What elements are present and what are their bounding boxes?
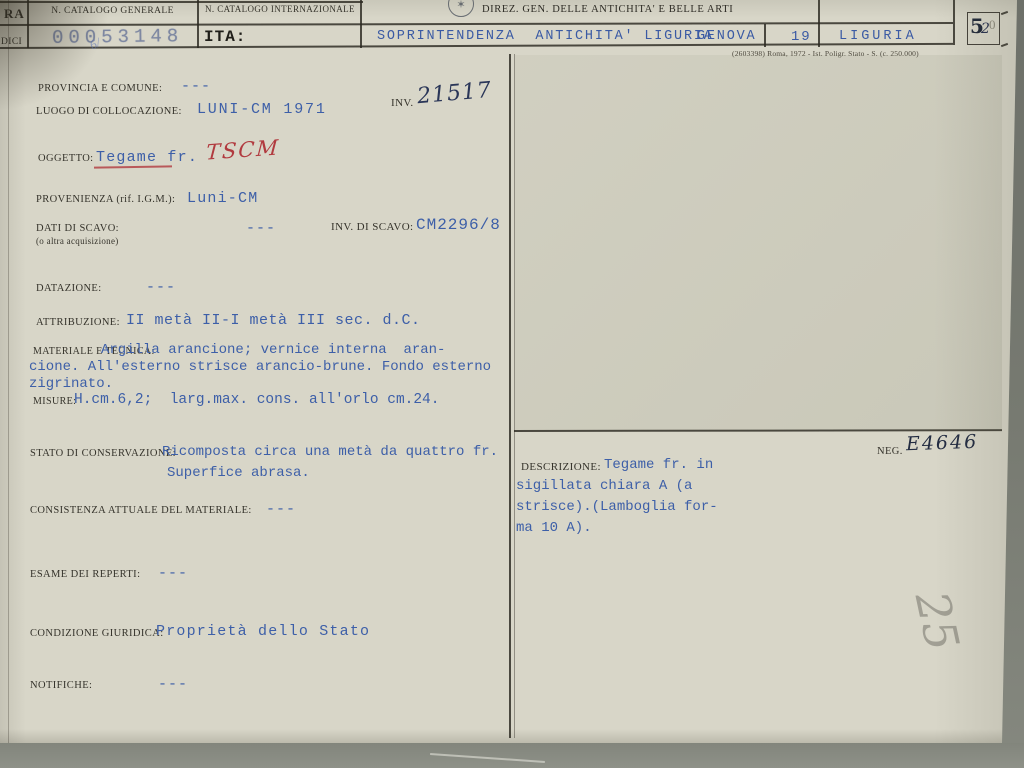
provenienza-value: Luni-CM (187, 190, 258, 207)
soprintendenza-stamp: SOPRINTENDENZA ANTICHITA' LIGURIA (377, 29, 714, 44)
misure-label: MISURE: (33, 396, 76, 407)
datazione-label: DATAZIONE: (36, 283, 102, 294)
neg-label: NEG. (877, 446, 903, 457)
table-line-v3 (360, 0, 362, 48)
red-underline (94, 165, 172, 168)
notifiche-value: --- (158, 676, 188, 693)
table-line-v5 (818, 0, 820, 47)
stato-line1: Ricomposta circa una metà da quattro fr. (162, 444, 498, 460)
scanned-catalog-card: RA DICI N. CATALOGO GENERALE 00053148 6/… (0, 0, 1024, 768)
photo-area (515, 55, 1002, 430)
oggetto-label: OGGETTO: (38, 153, 94, 164)
catalogo-generale-label: N. CATALOGO GENERALE (28, 6, 197, 16)
dati-scavo-sublabel: (o altra acquisizione) (36, 236, 119, 246)
dati-scavo-value: --- (246, 220, 276, 237)
descrizione-line2: sigillata chiara A (a (516, 478, 692, 494)
margin-tick-top (1001, 11, 1008, 15)
pencil-note: 25 (905, 587, 970, 655)
attribuzione-label: ATTRIBUZIONE: (36, 317, 120, 328)
stato-line2: Superfice abrasa. (167, 465, 310, 481)
catalogo-internazionale-label: N. CATALOGO INTERNAZIONALE (200, 4, 360, 14)
esame-reperti-value: --- (158, 565, 188, 582)
cutoff-column-bottom: DICI (1, 37, 22, 47)
consistenza-label: CONSISTENZA ATTUALE DEL MATERIALE: (30, 505, 252, 516)
descrizione-label: DESCRIZIONE: (521, 461, 601, 473)
left-fold-line (8, 0, 9, 743)
table-line-v6 (953, 0, 955, 45)
print-imprint-note: (2603398) Roma, 1972 - Ist. Poligr. Stat… (732, 49, 919, 58)
materiale-line1: Argilla arancione; vernice interna aran- (101, 342, 445, 358)
condizione-giuridica-value: Proprietà dello Stato (156, 623, 370, 640)
regione-stamp: LIGURIA (839, 29, 917, 44)
oggetto-red-annotation: TSCM (205, 135, 280, 164)
misure-value: H.cm.6,2; larg.max. cons. all'orlo cm.24… (74, 392, 439, 408)
table-line-v2 (197, 0, 199, 48)
dati-scavo-label: DATI DI SCAVO: (36, 223, 119, 234)
margin-tick-bottom (1001, 43, 1008, 47)
provenienza-label: PROVENIENZA (rif. I.G.M.): (36, 194, 175, 205)
emblem-star-glyph: ✶ (456, 0, 465, 11)
direzione-title: DIREZ. GEN. DELLE ANTICHITA' E BELLE ART… (482, 4, 733, 15)
inv-label: INV. (391, 97, 413, 109)
descrizione-line1: Tegame fr. in (604, 457, 713, 473)
table-line-v4 (764, 24, 766, 47)
state-emblem-icon: ✶ (448, 0, 474, 17)
genova-stamp: GENOVA (697, 29, 756, 44)
center-divider-line (509, 54, 511, 738)
header-number: 19 (791, 29, 811, 45)
provincia-label: PROVINCIA E COMUNE: (38, 83, 162, 94)
inv-value-handwritten: 21517 (416, 78, 493, 109)
descrizione-divider-line (514, 429, 1002, 431)
table-line-top (0, 1, 363, 3)
ita-code: ITA: (204, 28, 246, 46)
datazione-value: --- (146, 279, 176, 296)
card-paper: RA DICI N. CATALOGO GENERALE 00053148 6/… (0, 0, 1024, 743)
inv-scavo-value: CM2296/8 (416, 216, 501, 234)
page-number-printed-0: 0 (989, 17, 996, 33)
esame-reperti-label: ESAME DEI REPERTI: (30, 569, 140, 580)
notifiche-label: NOTIFICHE: (30, 680, 92, 691)
descrizione-line4: ma 10 A). (516, 520, 592, 536)
attribuzione-value: II metà II-I metà III sec. d.C. (126, 312, 421, 329)
descrizione-line3: strisce).(Lamboglia for- (516, 499, 718, 515)
page-number-box: 5 2 0 (967, 12, 1000, 45)
consistenza-value: --- (266, 501, 296, 518)
condizione-giuridica-label: CONDIZIONE GIURIDICA: (30, 628, 164, 639)
materiale-line3: zigrinato. (29, 376, 113, 392)
stato-conservazione-label: STATO DI CONSERVAZIONE: (30, 448, 176, 459)
center-divider-line-2 (514, 54, 515, 738)
collocazione-value: LUNI-CM 1971 (197, 101, 327, 118)
collocazione-label: LUOGO DI COLLOCAZIONE: (36, 106, 182, 117)
inv-scavo-label: INV. DI SCAVO: (331, 221, 414, 233)
neg-value-handwritten: E4646 (906, 431, 979, 456)
materiale-line2: cione. All'esterno strisce arancio-brune… (29, 359, 491, 375)
provincia-value: --- (181, 78, 211, 95)
oggetto-value: Tegame fr. (96, 149, 198, 166)
catalogo-generale-number: 00053148 (52, 25, 184, 49)
scanner-background (0, 743, 1024, 768)
